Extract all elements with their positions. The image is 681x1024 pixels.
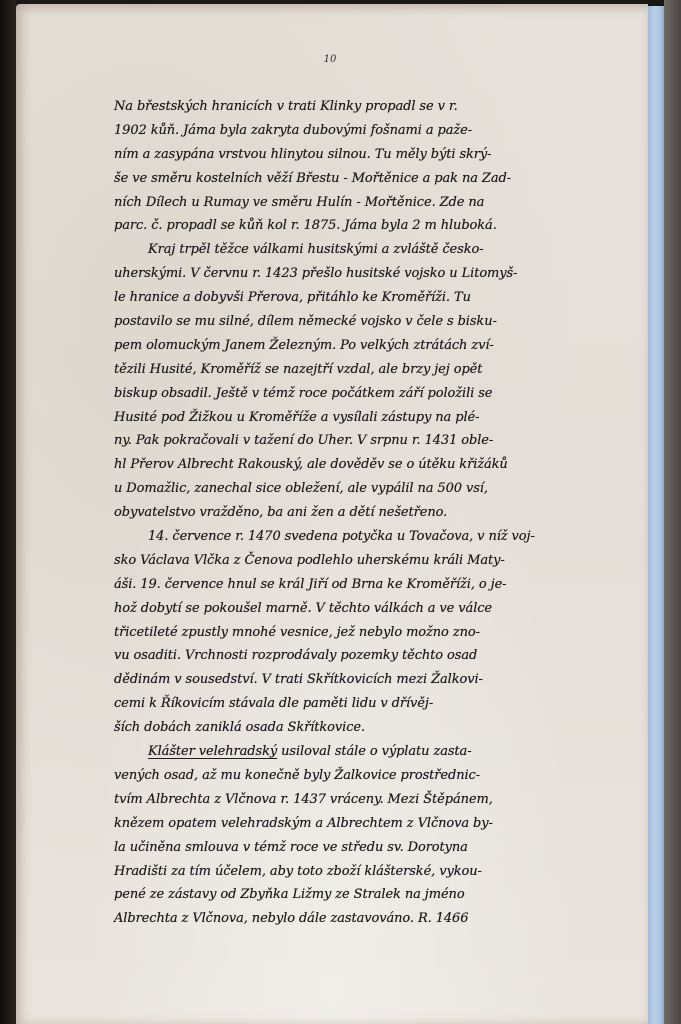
text-line: třicetileté zpustly mnohé vesnice, jež n… (114, 621, 634, 645)
text-line: hl Přerov Albrecht Rakouský, ale dověděv… (114, 453, 634, 477)
handwritten-text-block: Na břestských hranicích v trati Klinky p… (114, 95, 634, 931)
text-line: le hranice a dobyvši Přerova, přitáhlo k… (114, 286, 634, 310)
text-line: Hradišti za tím účelem, aby toto zboží k… (114, 860, 634, 884)
text-line: pené ze zástavy od Zbyňka Ližmy ze Stral… (114, 883, 634, 907)
text-line: ních Dílech u Rumay ve směru Hulín - Moř… (114, 191, 634, 215)
paragraph-start-line: Kraj trpěl těžce válkami husitskými a zv… (114, 238, 634, 262)
text-line: hož dobytí se pokoušel marně. V těchto v… (114, 597, 634, 621)
book-edge-right (664, 0, 681, 1024)
text-line: ny. Pak pokračovali v tažení do Uher. V … (114, 429, 634, 453)
text-line: pem olomuckým Janem Železným. Po velkých… (114, 334, 634, 358)
text-line: cemi k Říkovicím stávala dle paměti lidu… (114, 692, 634, 716)
text-line: vu osaditi. Vrchnosti rozprodávaly pozem… (114, 644, 634, 668)
blue-page-edge (648, 6, 664, 1024)
text-line: la učiněna smlouva v témž roce ve středu… (114, 836, 634, 860)
text-line: biskup obsadil. Ještě v témž roce počátk… (114, 382, 634, 406)
text-line: Albrechta z Vlčnova, nebylo dále zastavo… (114, 907, 634, 931)
text-line: uherskými. V červnu r. 1423 přešlo husit… (114, 262, 634, 286)
text-line: tězili Husité, Kroměříž se nazejtří vzda… (114, 358, 634, 382)
text-line: ním a zasypána vrstvou hlinytou silnou. … (114, 143, 634, 167)
text-line: vených osad, až mu konečně byly Žalkovic… (114, 764, 634, 788)
text-line: ších dobách zaniklá osada Skřítkovice. (114, 716, 634, 740)
text-line: še ve směru kostelních věží Břestu - Moř… (114, 167, 634, 191)
text-line: obyvatelstvo vražděno, ba ani žen a dětí… (114, 501, 634, 525)
text-line: áši. 19. července hnul se král Jiří od B… (114, 573, 634, 597)
text-line: dědinám v sousedství. V trati Skřítkovic… (114, 668, 634, 692)
text-line: Na břestských hranicích v trati Klinky p… (114, 95, 634, 119)
book-spine-left (0, 0, 16, 1024)
underlined-heading: Klášter velehradský (148, 744, 277, 759)
text-line: tvím Albrechta z Vlčnova r. 1437 vráceny… (114, 788, 634, 812)
text-line: 1902 kůň. Jáma byla zakryta dubovými foš… (114, 119, 634, 143)
text-line: Husité pod Žižkou u Kroměříže a vysílali… (114, 406, 634, 430)
text-line: sko Václava Vlčka z Čenova podlehlo uher… (114, 549, 634, 573)
text-line-rest: usiloval stále o výplatu zasta- (277, 744, 471, 759)
text-line: u Domažlic, zanechal sice obležení, ale … (114, 477, 634, 501)
text-line: knězem opatem velehradským a Albrechtem … (114, 812, 634, 836)
text-line: postavilo se mu silné, dílem německé voj… (114, 310, 634, 334)
paragraph-start-line: Klášter velehradský usiloval stále o výp… (114, 740, 634, 764)
text-line: parc. č. propadl se kůň kol r. 1875. Jám… (114, 214, 634, 238)
paragraph-start-line: 14. července r. 1470 svedena potyčka u T… (114, 525, 634, 549)
page-number: 10 (320, 54, 340, 65)
